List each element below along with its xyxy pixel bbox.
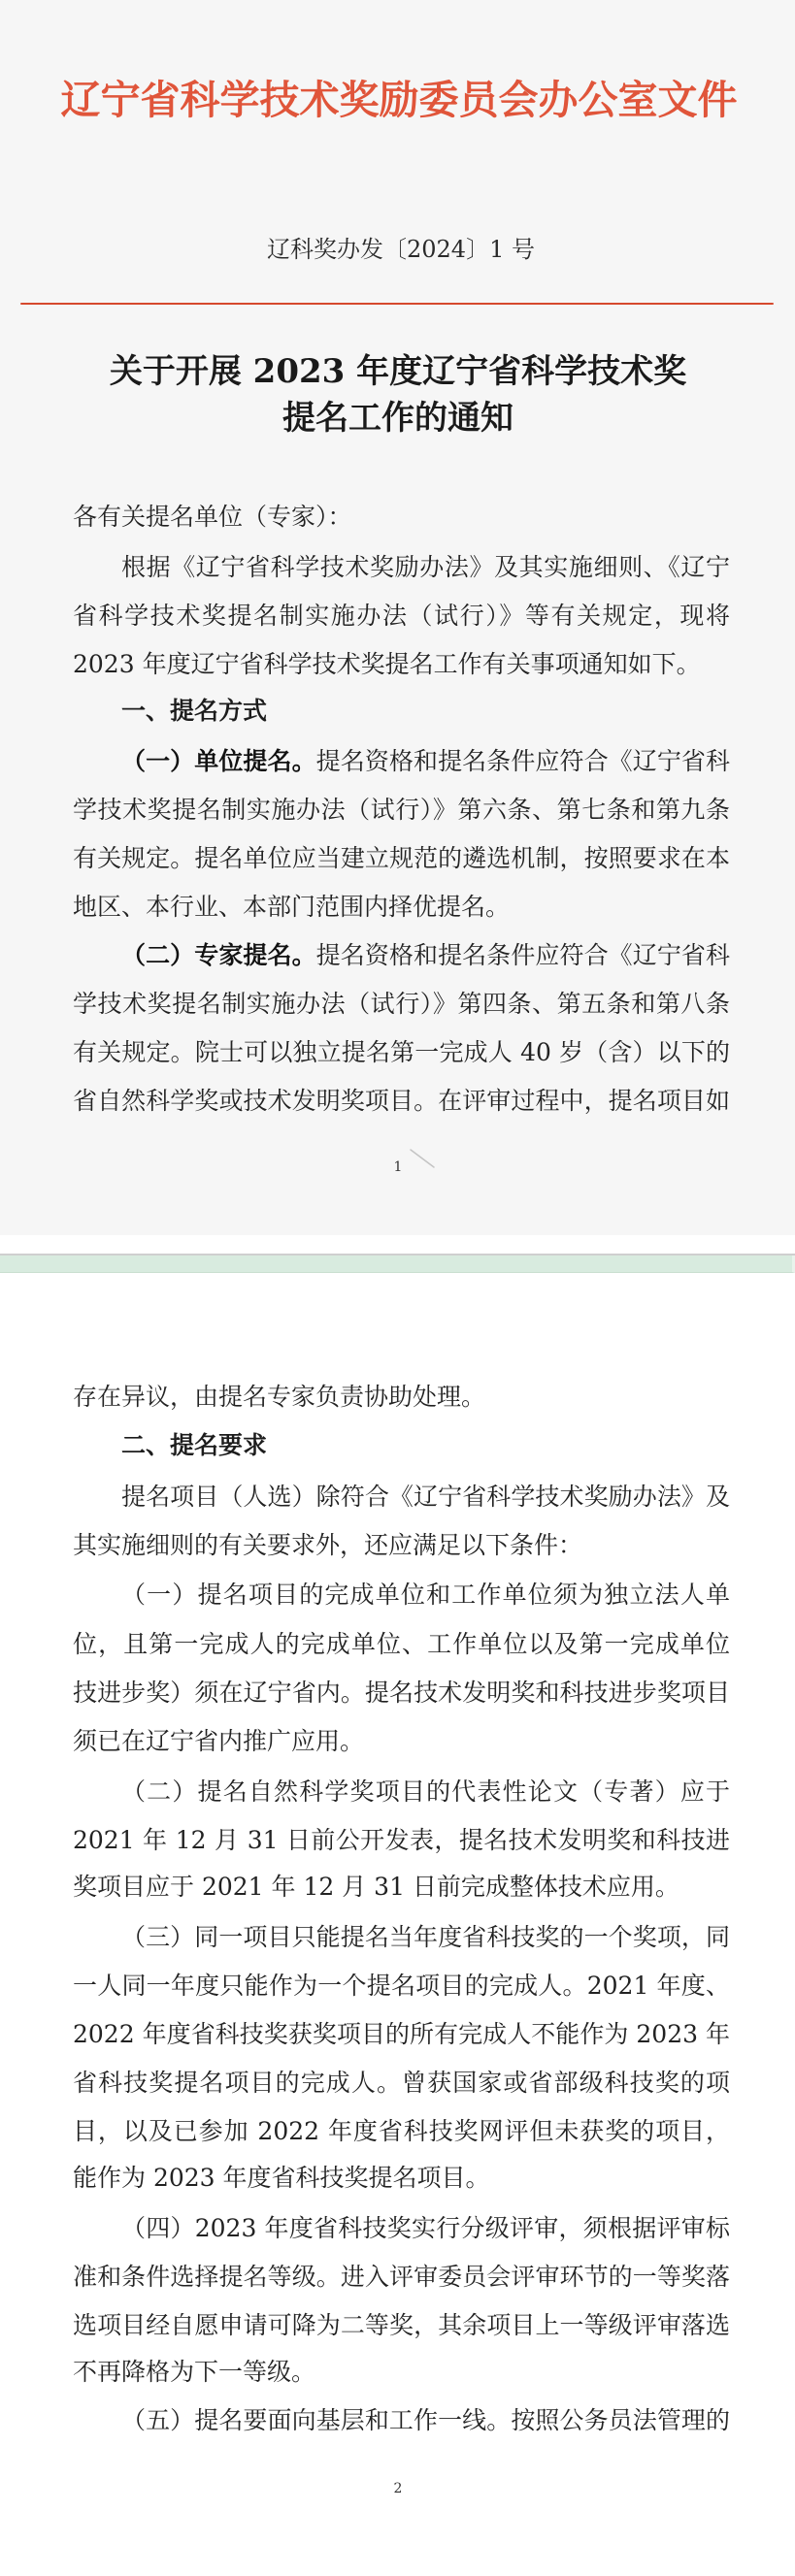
body-line: 准和条件选择提名等级。进入评审委员会评审环节的一等奖落 [73, 2253, 730, 2301]
body-line: 技进步奖）须在辽宁省内。提名技术发明奖和科技进步奖项目 [73, 1669, 730, 1717]
body-line: 选项目经自愿申请可降为二等奖，其余项目上一等级评审落选 [73, 2301, 730, 2350]
body-line: 不再降格为下一等级。 [73, 2348, 730, 2397]
notice-title-line-2: 提名工作的通知 [0, 395, 795, 441]
body-line: 位，且第一完成人的完成单位、工作单位以及第一完成单位（科 [73, 1620, 730, 1669]
red-divider-rule [20, 303, 774, 305]
requirement-item-2: （二）提名自然科学奖项目的代表性论文（专著）应于 [121, 1768, 730, 1816]
body-line-text: 提名资格和提名条件应符合《辽宁省科 [316, 941, 730, 969]
body-line: 须已在辽宁省内推广应用。 [73, 1717, 730, 1766]
body-line: （二）专家提名。提名资格和提名条件应符合《辽宁省科 [121, 931, 730, 980]
body-line: 学技术奖提名制实施办法（试行）》第四条、第五条和第八条 [73, 980, 730, 1028]
body-line: 一人同一年度只能作为一个提名项目的完成人。2021 年度、 [73, 1962, 730, 2010]
subsection-label-unit-nomination: （一）单位提名。 [121, 747, 316, 775]
body-line: 省自然科学奖或技术发明奖项目。在评审过程中，提名项目如 [73, 1077, 730, 1125]
body-line: 省科技奖提名项目的完成人。曾获国家或省部级科技奖的项 [73, 2059, 730, 2107]
body-line: 地区、本行业、本部门范围内择优提名。 [73, 883, 730, 931]
body-line: 2023 年度辽宁省科学技术奖提名工作有关事项通知如下。 [73, 640, 730, 689]
body-line: 2022 年度省科技奖获奖项目的所有完成人不能作为 2023 年度 [73, 2010, 730, 2059]
salutation: 各有关提名单位（专家）： [73, 493, 730, 541]
requirement-item-4: （四）2023 年度省科技奖实行分级评审，须根据评审标 [121, 2204, 730, 2253]
requirement-item-3: （三）同一项目只能提名当年度省科技奖的一个奖项，同 [121, 1913, 730, 1962]
section-heading-nomination-requirements: 二、提名要求 [121, 1421, 730, 1470]
requirement-item-1: （一）提名项目的完成单位和工作单位须为独立法人单 [121, 1571, 730, 1619]
body-line-text: 提名资格和提名条件应符合《辽宁省科 [316, 747, 730, 775]
body-line: 能作为 2023 年度省科技奖提名项目。 [73, 2154, 730, 2202]
body-line: 奖项目应于 2021 年 12 月 31 日前完成整体技术应用。 [73, 1863, 730, 1911]
body-line: 存在异议，由提名专家负责协助处理。 [73, 1373, 730, 1421]
section-heading-nomination-methods: 一、提名方式 [121, 687, 730, 735]
body-line: 2021 年 12 月 31 日前公开发表，提名技术发明奖和科技进步 [73, 1816, 730, 1865]
body-line: 有关规定。提名单位应当建立规范的遴选机制，按照要求在本 [73, 834, 730, 883]
notice-title-line-1: 关于开展 2023 年度辽宁省科学技术奖 [0, 348, 795, 395]
body-line: 根据《辽宁省科学技术奖励办法》及其实施细则、《辽宁 [121, 543, 730, 592]
page-number: 1 [0, 1158, 795, 1177]
body-line: 有关规定。院士可以独立提名第一完成人 40 岁（含）以下的 [73, 1028, 730, 1077]
body-line: 提名项目（人选）除符合《辽宁省科学技术奖励办法》及 [121, 1473, 730, 1521]
body-line: 目，以及已参加 2022 年度省科技奖网评但未获奖的项目，不 [73, 2107, 730, 2156]
page-1: 辽宁省科学技术奖励委员会办公室文件 辽科奖办发〔2024〕1 号 关于开展 20… [0, 0, 795, 1235]
body-line: 学技术奖提名制实施办法（试行）》第六条、第七条和第九条 [73, 786, 730, 834]
page-gap [0, 1235, 795, 1254]
body-line: 省科学技术奖提名制实施办法（试行）》等有关规定，现将 [73, 592, 730, 640]
page-separator-band [0, 1255, 795, 1273]
body-line: 其实施细则的有关要求外，还应满足以下条件： [73, 1521, 730, 1570]
document-number: 辽科奖办发〔2024〕1 号 [0, 235, 795, 264]
body-line: （一）单位提名。提名资格和提名条件应符合《辽宁省科 [121, 737, 730, 786]
page-number: 2 [0, 2479, 795, 2498]
subsection-label-expert-nomination: （二）专家提名。 [121, 941, 316, 969]
issuer-title: 辽宁省科学技术奖励委员会办公室文件 [0, 76, 795, 124]
requirement-item-5: （五）提名要面向基层和工作一线。按照公务员法管理的 [121, 2397, 730, 2445]
